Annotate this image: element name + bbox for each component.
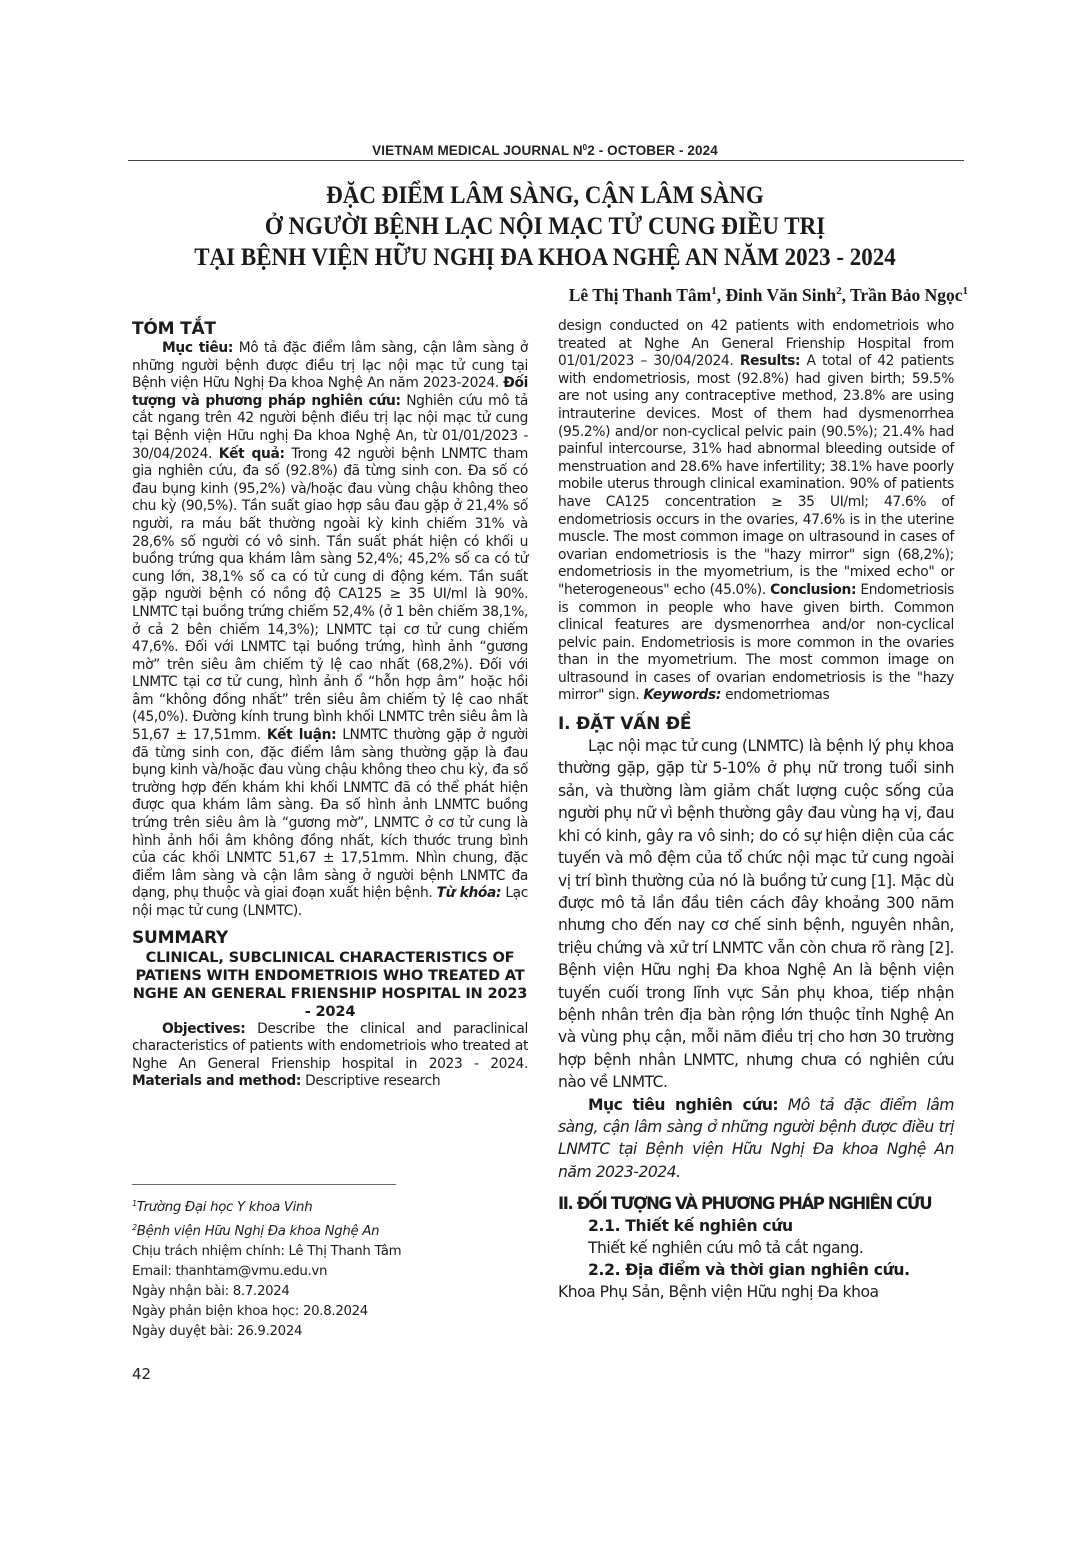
footnotes: 1Trường Đại học Y khoa Vinh 2Bệnh viện H… [132, 1194, 528, 1342]
conclusion-text: LNMTC thường gặp ở người đã từng sinh co… [132, 727, 528, 901]
title-line-2: Ở NGƯỜI BỆNH LẠC NỘI MẠC TỬ CUNG ĐIỀU TR… [161, 211, 928, 242]
materials-method-text-start: Descriptive research [301, 1073, 440, 1089]
right-column: design conducted on 42 patients with end… [558, 318, 954, 1303]
subsection-2-1-text: Thiết kế nghiên cứu mô tả cắt ngang. [558, 1237, 954, 1259]
subsection-2-2-heading: 2.2. Địa điểm và thời gian nghiên cứu. [558, 1259, 954, 1281]
summary-heading: SUMMARY [132, 927, 528, 949]
author-separator: , [717, 285, 726, 305]
objective-label: Mục tiêu: [162, 340, 233, 356]
conclusion-label-en: Conclusion: [770, 582, 856, 598]
results-text-en: A total of 42 patients with endometriosi… [558, 353, 954, 598]
journal-name: VIETNAM MEDICAL JOURNAL N [372, 143, 583, 158]
subsection-2-1-heading: 2.1. Thiết kế nghiên cứu [558, 1215, 954, 1237]
keywords-label-en: Keywords: [643, 687, 721, 703]
research-objective-label: Mục tiêu nghiên cứu: [588, 1096, 778, 1114]
left-column: TÓM TẮT Mục tiêu: Mô tả đặc điểm lâm sàn… [132, 318, 528, 1091]
date-reviewed: Ngày phản biện khoa học: 20.8.2024 [132, 1302, 528, 1322]
results-label-en: Results: [740, 353, 800, 369]
corresponding-author: Chịu trách nhiệm chính: Lê Thị Thanh Tâm [132, 1242, 528, 1262]
keywords-label: Từ khóa: [437, 885, 502, 901]
section-2-heading: II. ĐỐI TƯỢNG VÀ PHƯƠNG PHÁP NGHIÊN CỨU [558, 1193, 954, 1215]
keywords-text-en: endometriomas [721, 687, 829, 703]
footnote-rule [132, 1184, 396, 1185]
author-name: Đinh Văn Sinh [726, 285, 837, 305]
english-title: CLINICAL, SUBCLINICAL CHARACTERISTICS OF… [132, 949, 528, 1021]
affiliation-1: 1Trường Đại học Y khoa Vinh [132, 1194, 528, 1218]
affiliation-text: Trường Đại học Y khoa Vinh [137, 1200, 313, 1215]
header-rule [128, 160, 964, 161]
author-separator: , [842, 285, 850, 305]
author-list: Lê Thị Thanh Tâm1, Đinh Văn Sinh2, Trần … [569, 285, 968, 306]
author-name: Trần Bảo Ngọc [850, 285, 962, 305]
affiliation-text: Bệnh viện Hữu Nghị Đa khoa Nghệ An [137, 1224, 379, 1239]
journal-page: VIETNAM MEDICAL JOURNAL N02 - OCTOBER - … [0, 0, 1090, 1541]
abstract-en-body-continued: design conducted on 42 patients with end… [558, 318, 954, 705]
affiliation-2: 2Bệnh viện Hữu Nghị Đa khoa Nghệ An [132, 1218, 528, 1242]
date-accepted: Ngày duyệt bài: 26.9.2024 [132, 1322, 528, 1342]
research-objective: Mục tiêu nghiên cứu: Mô tả đặc điểm lâm … [558, 1094, 954, 1184]
conclusion-text-en: Endometriosis is common in people who ha… [558, 582, 954, 704]
objectives-label: Objectives: [162, 1021, 245, 1037]
page-number: 42 [132, 1365, 151, 1383]
running-header: VIETNAM MEDICAL JOURNAL N02 - OCTOBER - … [128, 143, 962, 158]
materials-method-label: Materials and method: [132, 1073, 301, 1089]
results-text: Trong 42 người bệnh LNMTC tham gia nghiê… [132, 446, 528, 744]
conclusion-label: Kết luận: [267, 727, 336, 743]
abstract-vi-heading: TÓM TẮT [132, 318, 528, 340]
article-title: ĐẶC ĐIỂM LÂM SÀNG, CẬN LÂM SÀNG Ở NGƯỜI … [161, 180, 928, 273]
abstract-en-body-start: Objectives: Describe the clinical and pa… [132, 1021, 528, 1091]
section-1-heading: I. ĐẶT VẤN ĐỀ [558, 713, 954, 735]
section-1-paragraph: Lạc nội mạc tử cung (LNMTC) là bệnh lý p… [558, 735, 954, 1094]
author-affiliation-mark: 1 [963, 285, 969, 297]
abstract-vi-body: Mục tiêu: Mô tả đặc điểm lâm sàng, cận l… [132, 340, 528, 921]
results-label: Kết quả: [219, 446, 285, 462]
title-line-1: ĐẶC ĐIỂM LÂM SÀNG, CẬN LÂM SÀNG [161, 180, 928, 211]
email[interactable]: Email: thanhtam@vmu.edu.vn [132, 1262, 528, 1282]
issue-info: 2 - OCTOBER - 2024 [587, 143, 718, 158]
title-line-3: TẠI BỆNH VIỆN HỮU NGHỊ ĐA KHOA NGHỆ AN N… [161, 242, 928, 273]
date-received: Ngày nhận bài: 8.7.2024 [132, 1282, 528, 1302]
author-name: Lê Thị Thanh Tâm [569, 285, 712, 305]
subsection-2-2-text: Khoa Phụ Sản, Bệnh viện Hữu nghị Đa khoa [558, 1281, 954, 1303]
